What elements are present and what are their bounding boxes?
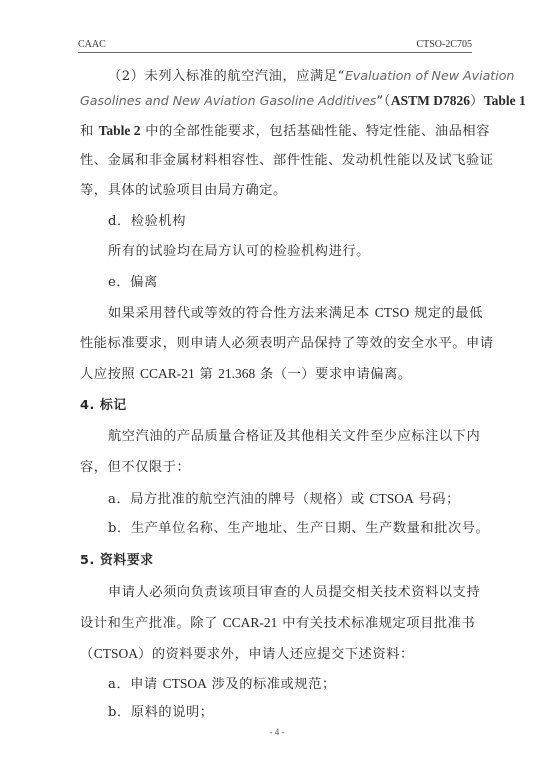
- text: CTSO: [375, 305, 410, 320]
- text: 第: [195, 367, 218, 382]
- paragraph-line: 性、金属和非金属材料相容性、部件性能、发动机性能以及试飞验证: [80, 152, 472, 170]
- text: 号码；: [414, 492, 460, 507]
- text: CTSOA: [94, 646, 138, 661]
- table-ref: Table 1: [484, 93, 526, 108]
- text: 中有关技术标准规定项目批准书: [277, 616, 475, 631]
- header-doc-id: CTSO-2C705: [416, 39, 472, 50]
- italic-title: Evaluation of New Aviation: [345, 68, 514, 83]
- text: CCAR-21: [140, 366, 195, 381]
- text: （2）未列入标准的航空汽油，应满足“: [108, 69, 345, 84]
- table-ref: Table 2: [99, 123, 141, 138]
- page-number: - 4 -: [0, 727, 554, 737]
- text: 和: [80, 124, 99, 139]
- text: CTSOA: [163, 676, 207, 691]
- text: CTSOA: [369, 491, 413, 506]
- text: a．局方批准的航空汽油的牌号（规格）或: [108, 492, 369, 507]
- text: ）: [470, 94, 484, 109]
- text: 中的全部性能要求，包括基础性能、特定性能、油品相容: [141, 124, 490, 139]
- paragraph-line: 航空汽油的产品质量合格证及其他相关文件至少应标注以下内: [108, 428, 472, 446]
- page-header: CAAC CTSO-2C705: [78, 38, 472, 53]
- paragraph-line: Gasolines and New Aviation Gasoline Addi…: [80, 92, 472, 111]
- paragraph-line: 容，但不仅限于：: [80, 459, 472, 477]
- italic-title: Gasolines and New Aviation Gasoline Addi…: [80, 93, 376, 108]
- list-item-b: b．原料的说明；: [108, 704, 472, 722]
- text: ”（: [376, 94, 391, 109]
- list-item-b: b．生产单位名称、生产地址、生产日期、生产数量和批次号。: [108, 520, 472, 538]
- text: a．申请: [108, 677, 163, 692]
- paragraph-line: 和 Table 2 中的全部性能要求，包括基础性能、特定性能、油品相容: [80, 122, 472, 141]
- subsection-heading-e: e．偏离: [108, 274, 472, 292]
- text: 涉及的标准或规范；: [207, 677, 336, 692]
- paragraph-line: 性能标准要求，则申请人必须表明产品保持了等效的安全水平。申请: [80, 335, 472, 353]
- paragraph-line: （2）未列入标准的航空汽油，应满足“Evaluation of New Avia…: [108, 67, 472, 86]
- text: 条（一）要求申请偏离。: [255, 367, 411, 382]
- text: 人应按照: [80, 367, 140, 382]
- text: CCAR-21: [223, 615, 278, 630]
- list-item-a: a．局方批准的航空汽油的牌号（规格）或 CTSOA 号码；: [108, 490, 472, 509]
- paragraph-line: 人应按照 CCAR-21 第 21.368 条（一）要求申请偏离。: [80, 365, 472, 384]
- paragraph-line: 如果采用替代或等效的符合性方法来满足本 CTSO 规定的最低: [108, 304, 472, 323]
- paragraph-line: （CTSOA）的资料要求外，申请人还应提交下述资料：: [80, 645, 472, 664]
- paragraph-line: 所有的试验均在局方认可的检验机构进行。: [108, 243, 472, 261]
- section-heading-5: 5. 资料要求: [80, 552, 472, 570]
- text: ）的资料要求外，申请人还应提交下述资料：: [138, 647, 414, 662]
- paragraph-line: 申请人必须向负责该项目审查的人员提交相关技术资料以支持: [108, 584, 472, 602]
- text: 设计和生产批准。除了: [80, 616, 223, 631]
- section-heading-4: 4. 标记: [80, 397, 472, 415]
- paragraph-line: 设计和生产批准。除了 CCAR-21 中有关技术标准规定项目批准书: [80, 614, 472, 633]
- subsection-heading-d: d．检验机构: [108, 213, 472, 231]
- text: 21.368: [218, 366, 255, 381]
- standard-ref: ASTM D7826: [391, 93, 470, 108]
- header-org: CAAC: [78, 39, 106, 50]
- text: （: [80, 647, 94, 662]
- list-item-a: a．申请 CTSOA 涉及的标准或规范；: [108, 675, 472, 694]
- paragraph-line: 等，具体的试验项目由局方确定。: [80, 182, 472, 200]
- text: 如果采用替代或等效的符合性方法来满足本: [108, 306, 375, 321]
- text: 规定的最低: [409, 306, 483, 321]
